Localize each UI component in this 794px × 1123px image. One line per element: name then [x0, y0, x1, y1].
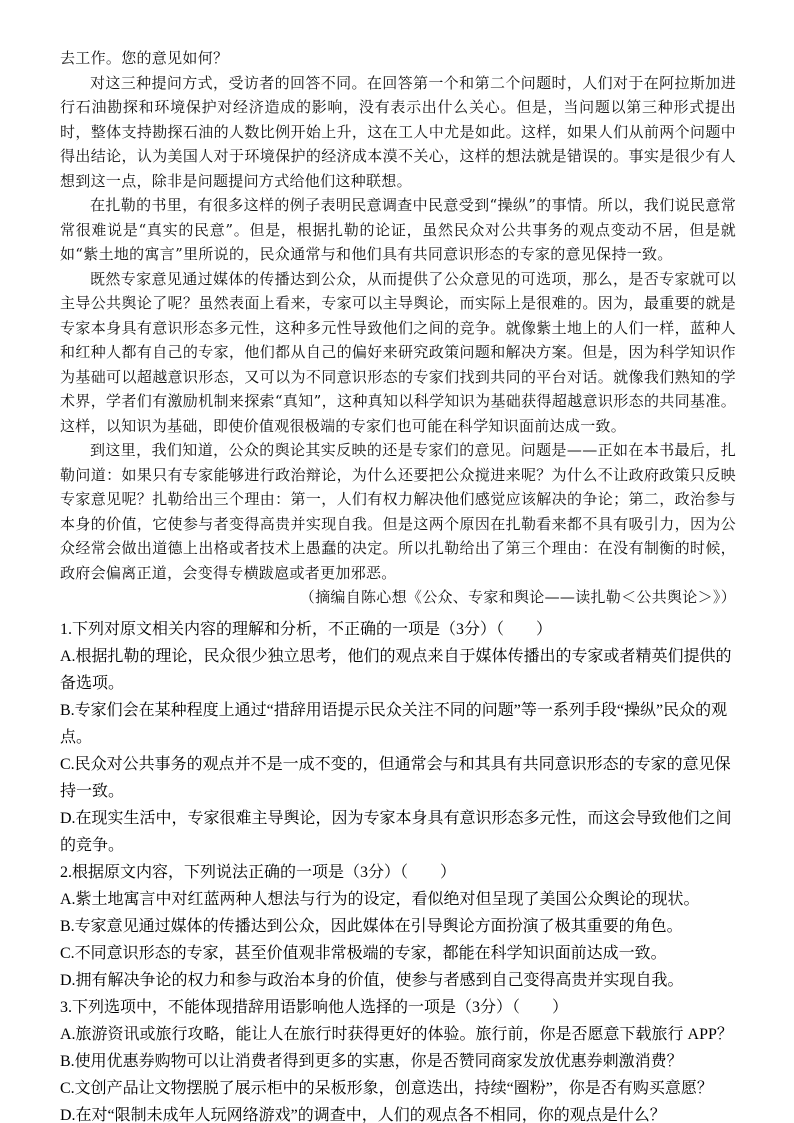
passage-paragraph-3: 在扎勒的书里，有很多这样的例子表明民意调查中民意受到“操纵”的事情。所以，我们说… [60, 193, 736, 267]
question-2-option-b: B.专家意见通过媒体的传播达到公众，因此媒体在引导舆论方面扮演了极其重要的角色。 [60, 913, 736, 940]
exam-page: 去工作。您的意见如何？ 对这三种提问方式，受访者的回答不同。在回答第一个和第二个… [0, 0, 794, 1123]
question-1-option-c: C.民众对公共事务的观点并不是一成不变的，但通常会与和其具有共同意识形态的专家的… [60, 751, 736, 805]
question-1-option-b: B.专家们会在某种程度上通过“措辞用语提示民众关注不同的问题”等一系列手段“操纵… [60, 697, 736, 751]
passage-paragraph-continuation: 去工作。您的意见如何？ [60, 46, 736, 71]
passage-paragraph-2: 对这三种提问方式，受访者的回答不同。在回答第一个和第二个问题时，人们对于在阿拉斯… [60, 71, 736, 194]
reading-passage: 去工作。您的意见如何？ 对这三种提问方式，受访者的回答不同。在回答第一个和第二个… [60, 46, 736, 610]
question-2-stem: 2.根据原文内容，下列说法正确的一项是（3分）（ ） [60, 859, 736, 886]
question-1-option-d: D.在现实生活中，专家很难主导舆论，因为专家本身具有意识形态多元性，而这会导致他… [60, 805, 736, 859]
passage-paragraph-4: 既然专家意见通过媒体的传播达到公众，从而提供了公众意见的可选项，那么，是否专家就… [60, 267, 736, 439]
question-1: 1.下列对原文相关内容的理解和分析，不正确的一项是（3分）（ ） A.根据扎勒的… [60, 616, 736, 859]
questions-section: 1.下列对原文相关内容的理解和分析，不正确的一项是（3分）（ ） A.根据扎勒的… [60, 616, 736, 1123]
question-3-stem: 3.下列选项中，不能体现措辞用语影响他人选择的一项是（3分）（ ） [60, 994, 736, 1021]
question-2-option-c: C.不同意识形态的专家，甚至价值观非常极端的专家，都能在科学知识面前达成一致。 [60, 940, 736, 967]
question-1-stem: 1.下列对原文相关内容的理解和分析，不正确的一项是（3分）（ ） [60, 616, 736, 643]
passage-paragraph-5: 到这里，我们知道，公众的舆论其实反映的还是专家们的意见。问题是——正如在本书最后… [60, 438, 736, 585]
question-2-option-d: D.拥有解决争论的权力和参与政治本身的价值，使参与者感到自己变得高贵并实现自我。 [60, 967, 736, 994]
question-3: 3.下列选项中，不能体现措辞用语影响他人选择的一项是（3分）（ ） A.旅游资讯… [60, 994, 736, 1123]
question-3-option-a: A.旅游资讯或旅行攻略，能让人在旅行时获得更好的体验。旅行前，你是否愿意下载旅行… [60, 1021, 736, 1048]
question-2: 2.根据原文内容，下列说法正确的一项是（3分）（ ） A.紫土地寓言中对红蓝两种… [60, 859, 736, 994]
question-2-option-a: A.紫土地寓言中对红蓝两种人想法与行为的设定，看似绝对但呈现了美国公众舆论的现状… [60, 886, 736, 913]
passage-attribution: （摘编自陈心想《公众、专家和舆论——读扎勒＜公共舆论＞》） [60, 585, 736, 610]
question-3-option-d: D.在对“限制未成年人玩网络游戏”的调查中，人们的观点各不相同，你的观点是什么？ [60, 1102, 736, 1123]
question-1-option-a: A.根据扎勒的理论，民众很少独立思考，他们的观点来自于媒体传播出的专家或者精英们… [60, 643, 736, 697]
question-3-option-b: B.使用优惠券购物可以让消费者得到更多的实惠，你是否赞同商家发放优惠券刺激消费？ [60, 1048, 736, 1075]
question-3-option-c: C.文创产品让文物摆脱了展示柜中的呆板形象，创意迭出，持续“圈粉”，你是否有购买… [60, 1075, 736, 1102]
